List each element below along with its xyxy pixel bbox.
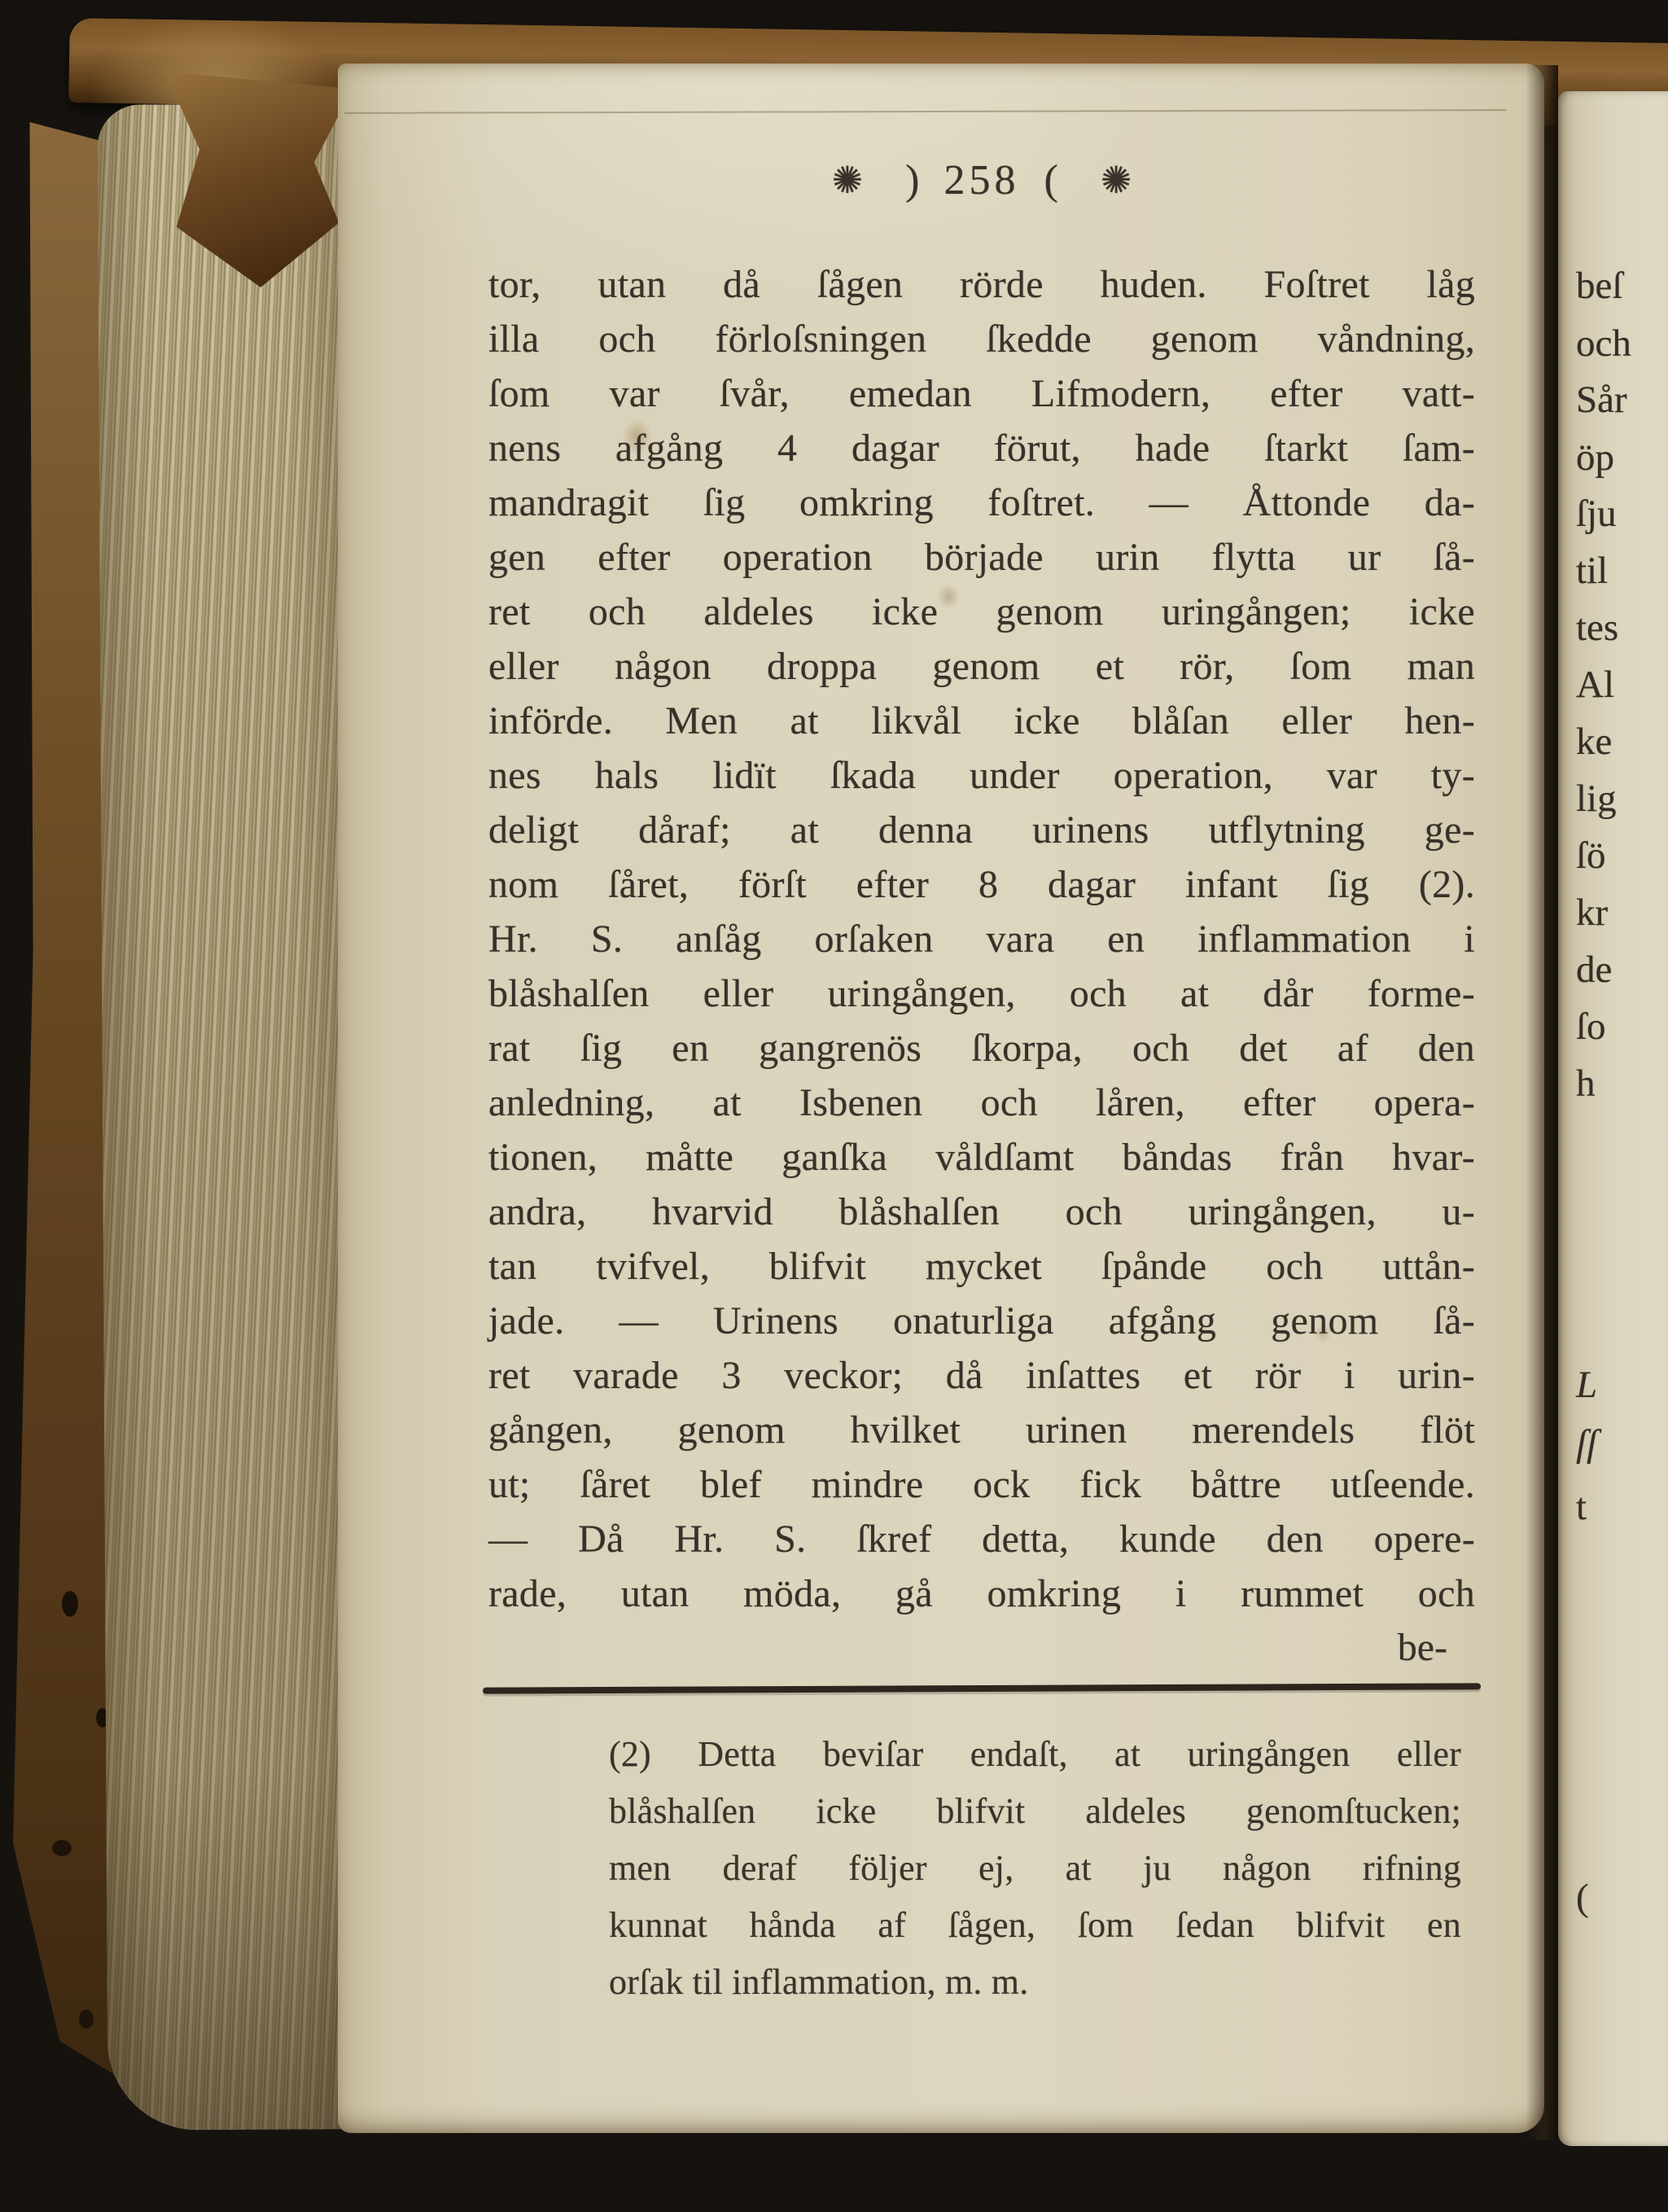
- body-text-line: rat ſig en gangrenös ſkorpa, och det af …: [488, 1021, 1475, 1075]
- body-text-line: andra, hvarvid blåshalſen och uringången…: [488, 1185, 1475, 1239]
- page-number: 258: [944, 156, 1020, 204]
- body-text-line: jade. — Urinens onaturliga afgång genom …: [488, 1294, 1475, 1348]
- body-text-line: ret varade 3 veckor; då inſattes et rör …: [488, 1348, 1475, 1403]
- folio-number-group: ) 258 (: [905, 156, 1058, 204]
- body-text-line: gen efter operation började urin flytta …: [488, 530, 1475, 585]
- body-text-line: tor, utan då ſågen rörde huden. Foſtret …: [488, 257, 1475, 312]
- footnote-line: blåshalſen icke blifvit aldeles genomſtu…: [609, 1783, 1461, 1840]
- footnote-line: men deraf följer ej, at ju någon rifning: [609, 1840, 1461, 1897]
- body-text-line: blåshalſen eller uringången, och at dår …: [488, 966, 1475, 1021]
- body-text-line: tionen, måtte ganſka våldſamt båndas frå…: [488, 1130, 1475, 1185]
- folio-open-bracket: ): [905, 156, 919, 204]
- left-page: ✺ ) 258 ( ✺ tor, utan då ſågen rörde hud…: [338, 64, 1544, 2133]
- body-text-line: deligt dåraf; at denna urinens utflytnin…: [488, 803, 1475, 857]
- body-text-line: illa och förloſsningen ſkedde genom vånd…: [488, 312, 1475, 366]
- footnote-line: (2) Detta beviſar endaſt, at uringången …: [609, 1726, 1461, 1783]
- fleuron-ornament-left: ✺: [832, 158, 864, 202]
- folio-close-bracket: (: [1044, 156, 1058, 204]
- page-block-fore-edge: [97, 103, 353, 2131]
- body-text-line: nes hals lidït ſkada under operation, va…: [488, 748, 1475, 803]
- body-text-line: eller någon droppa genom et rör, ſom man: [488, 639, 1475, 694]
- facing-page-fragments-italic: L ſſ: [1558, 91, 1668, 2146]
- page-header: ✺ ) 258 ( ✺: [488, 145, 1475, 215]
- underlying-page-edge-line: [344, 109, 1507, 114]
- book-scan-photo: ✺ ) 258 ( ✺ tor, utan då ſågen rörde hud…: [0, 0, 1668, 2212]
- body-text-line: — Då Hr. S. ſkref detta, kunde den opere…: [488, 1512, 1475, 1566]
- catchword: be-: [488, 1625, 1475, 1680]
- body-text-line: ut; ſåret blef mindre ock fick båttre ut…: [488, 1457, 1475, 1512]
- facing-page-text-fragment-italic: ſſ: [1576, 1421, 1597, 1465]
- body-text-line: tan tvifvel, blifvit mycket ſpånde och u…: [488, 1239, 1475, 1294]
- body-text-line: gången, genom hvilket urinen merendels f…: [488, 1403, 1475, 1457]
- facing-page-text-fragment-italic: L: [1576, 1363, 1597, 1407]
- footnote-separator-rule: [483, 1683, 1481, 1693]
- body-text-line: ſom var ſvår, emedan Lifmodern, efter va…: [488, 366, 1475, 421]
- body-text-line: mandragit ſig omkring foſtret. — Åttonde…: [488, 475, 1475, 530]
- body-text-line: ret och aldeles icke genom uringången; i…: [488, 585, 1475, 639]
- body-text-line: införde. Men at likvål icke blåſan eller…: [488, 694, 1475, 748]
- footnote-line: kunnat hånda af ſågen, ſom ſedan blifvit…: [609, 1897, 1461, 1954]
- body-text-block: tor, utan då ſågen rörde huden. Foſtret …: [488, 257, 1475, 1621]
- body-text-line: anledning, at Isbenen och låren, efter o…: [488, 1075, 1475, 1130]
- body-text-line: rade, utan möda, gå omkring i rummet och: [488, 1566, 1475, 1621]
- gutter-shadow: [1526, 65, 1558, 2140]
- footnote-line: orſak til inflammation, m. m.: [609, 1954, 1461, 2011]
- fleuron-ornament-right: ✺: [1101, 158, 1132, 202]
- body-text-line: nens afgång 4 dagar förut, hade ſtarkt ſ…: [488, 421, 1475, 475]
- footnote-block: (2) Detta beviſar endaſt, at uringången …: [488, 1726, 1461, 2011]
- body-text-line: Hr. S. anſåg orſaken vara en inflammatio…: [488, 912, 1475, 966]
- facing-page-sliver: beſ och Sår öp ſju til tes Al ke lig ſö: [1558, 91, 1668, 2146]
- body-text-line: nom ſåret, förſt efter 8 dagar infant ſi…: [488, 857, 1475, 912]
